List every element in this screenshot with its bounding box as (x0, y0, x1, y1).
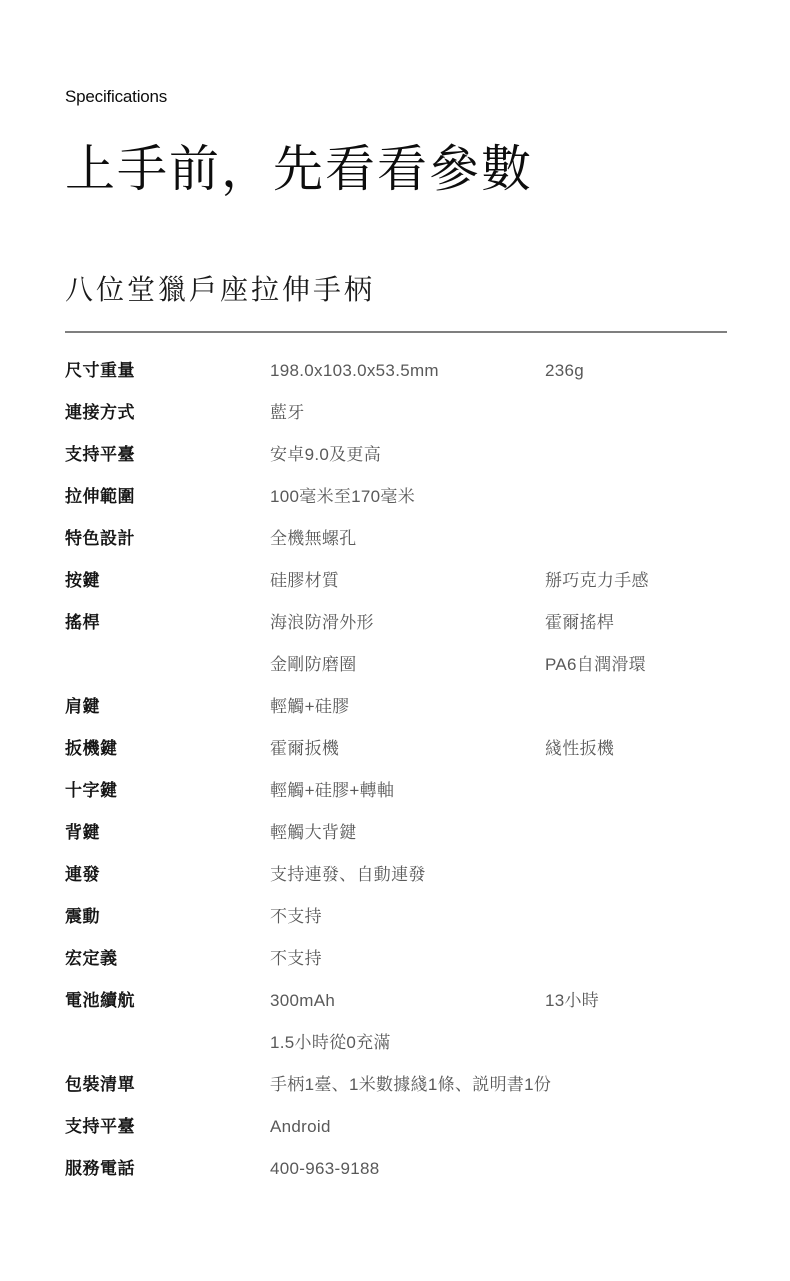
spec-value: 全機無螺孔 (270, 530, 545, 548)
spec-value: 輕觸+硅膠 (270, 698, 545, 716)
section-eyebrow: Specifications (65, 88, 727, 106)
spec-value: 100毫米至170毫米 (270, 488, 545, 506)
spec-value: 198.0x103.0x53.5mm (270, 362, 545, 380)
spec-row-joystick-continued: 金剛防磨圈 PA6自潤滑環 (65, 656, 727, 698)
spec-row-dimensions-weight: 尺寸重量 198.0x103.0x53.5mm 236g (65, 362, 727, 404)
spec-row-turbo: 連發 支持連發、自動連發 (65, 866, 727, 908)
page-title: 上手前，先看看參數 (65, 142, 727, 197)
spec-row-stretch-range: 拉伸範圍 100毫米至170毫米 (65, 488, 727, 530)
spec-value-secondary: 霍爾搖桿 (545, 614, 727, 632)
spec-label: 支持平臺 (65, 1118, 270, 1136)
spec-value-secondary: 掰巧克力手感 (545, 572, 727, 590)
spec-label: 服務電話 (65, 1160, 270, 1178)
spec-label: 搖桿 (65, 614, 270, 632)
spec-row-special-design: 特色設計 全機無螺孔 (65, 530, 727, 572)
spec-value: 硅膠材質 (270, 572, 545, 590)
spec-label: 宏定義 (65, 950, 270, 968)
spec-value: 霍爾扳機 (270, 740, 545, 758)
spec-row-battery: 電池續航 300mAh 13小時 (65, 992, 727, 1034)
spec-row-platform: 支持平臺 Android (65, 1118, 727, 1160)
spec-value-secondary: 13小時 (545, 992, 727, 1010)
spec-row-macro: 宏定義 不支持 (65, 950, 727, 992)
spec-row-vibration: 震動 不支持 (65, 908, 727, 950)
spec-label: 特色設計 (65, 530, 270, 548)
spec-label: 連接方式 (65, 404, 270, 422)
spec-value-secondary: 236g (545, 362, 727, 380)
spec-label: 肩鍵 (65, 698, 270, 716)
spec-value: 藍牙 (270, 404, 545, 422)
spec-value: 輕觸大背鍵 (270, 824, 545, 842)
spec-row-battery-continued: 1.5小時從0充滿 (65, 1034, 727, 1076)
product-spec-page: Specifications 上手前，先看看參數 八位堂獵戶座拉伸手柄 尺寸重量… (0, 0, 790, 1281)
spec-label: 震動 (65, 908, 270, 926)
spec-row-back-buttons: 背鍵 輕觸大背鍵 (65, 824, 727, 866)
product-name: 八位堂獵戶座拉伸手柄 (65, 276, 727, 304)
spec-row-buttons: 按鍵 硅膠材質 掰巧克力手感 (65, 572, 727, 614)
spec-label: 電池續航 (65, 992, 270, 1010)
spec-row-joystick: 搖桿 海浪防滑外形 霍爾搖桿 (65, 614, 727, 656)
spec-value: 安卓9.0及更高 (270, 446, 545, 464)
spec-value: 不支持 (270, 950, 545, 968)
spec-value: 支持連發、自動連發 (270, 866, 545, 884)
spec-value: 不支持 (270, 908, 545, 926)
spec-label: 按鍵 (65, 572, 270, 590)
divider (65, 331, 727, 333)
spec-row-shoulder-buttons: 肩鍵 輕觸+硅膠 (65, 698, 727, 740)
spec-row-service-phone: 服務電話 400-963-9188 (65, 1160, 727, 1202)
spec-label: 拉伸範圍 (65, 488, 270, 506)
spec-value: 手柄1臺、1米數據綫1條、説明書1份 (270, 1076, 545, 1094)
spec-label: 尺寸重量 (65, 362, 270, 380)
spec-value: 1.5小時從0充滿 (270, 1034, 545, 1052)
spec-label: 支持平臺 (65, 446, 270, 464)
spec-row-triggers: 扳機鍵 霍爾扳機 綫性扳機 (65, 740, 727, 782)
spec-row-package-contents: 包裝清單 手柄1臺、1米數據綫1條、説明書1份 (65, 1076, 727, 1118)
spec-label: 十字鍵 (65, 782, 270, 800)
spec-value: 金剛防磨圈 (270, 656, 545, 674)
spec-value: 400-963-9188 (270, 1160, 545, 1178)
spec-table: 尺寸重量 198.0x103.0x53.5mm 236g 連接方式 藍牙 支持平… (65, 362, 727, 1202)
spec-row-connection: 連接方式 藍牙 (65, 404, 727, 446)
spec-label: 包裝清單 (65, 1076, 270, 1094)
spec-value: 海浪防滑外形 (270, 614, 545, 632)
spec-row-supported-platform: 支持平臺 安卓9.0及更高 (65, 446, 727, 488)
spec-value-secondary: 綫性扳機 (545, 740, 727, 758)
spec-label: 扳機鍵 (65, 740, 270, 758)
spec-row-dpad: 十字鍵 輕觸+硅膠+轉軸 (65, 782, 727, 824)
spec-value-secondary: PA6自潤滑環 (545, 656, 727, 674)
spec-value: 300mAh (270, 992, 545, 1010)
spec-label: 連發 (65, 866, 270, 884)
spec-value: Android (270, 1118, 545, 1136)
spec-label: 背鍵 (65, 824, 270, 842)
spec-value: 輕觸+硅膠+轉軸 (270, 782, 545, 800)
